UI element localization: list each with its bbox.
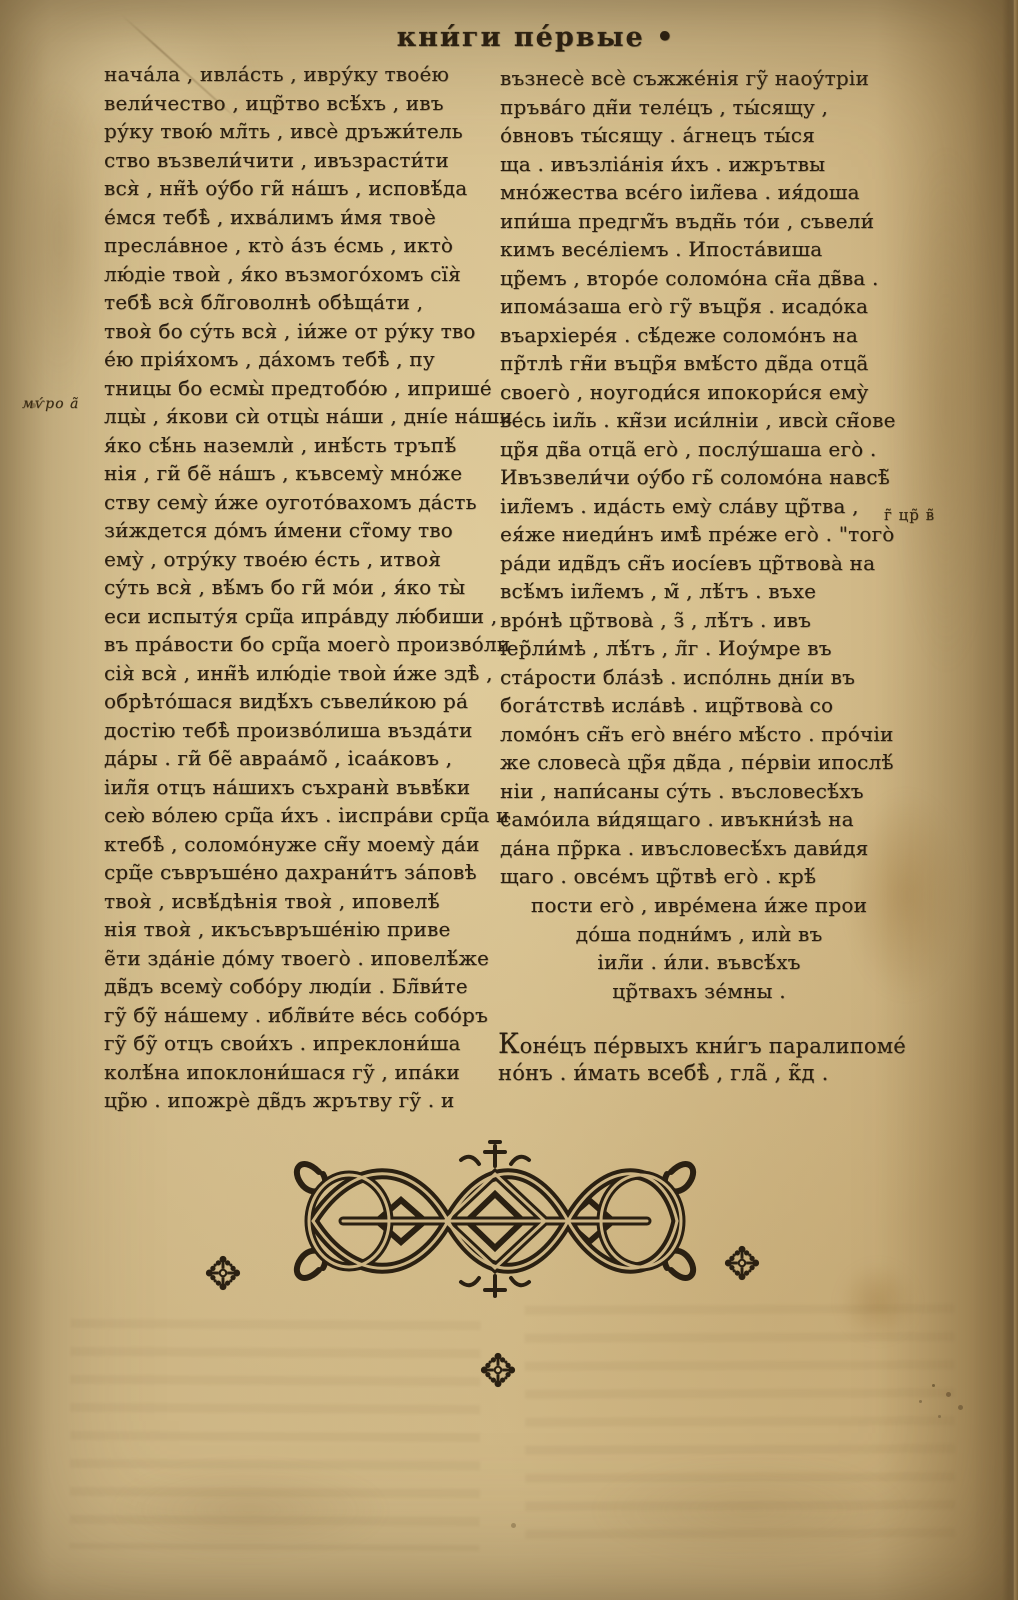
- text-line: дв̃дъ всему̀ собо́ру люді́и . Бл̃ви́те: [104, 972, 496, 1001]
- text-line: пр̃тлѣ гн̃и въцр̃я вмѣ́сто дв̃да отца̃: [500, 349, 898, 378]
- text-line: бога́тствѣ исла́вѣ . ицр̃твова̀ со: [500, 691, 898, 720]
- text-line: да́ры . ги̃ бе̃ авраа́мо̃ , ісаа́ковъ ,: [104, 744, 496, 773]
- text-line: до́ша подни́мъ , илѝ въ: [500, 920, 898, 949]
- text-line: въархіере́я . сѣ́деже соломо́нъ на: [500, 321, 898, 350]
- text-line: да́на пр̃рка . ивъсловесѣ́хъ дави́дя: [500, 834, 898, 863]
- text-line: о́вновъ ты́сящу . а́гнецъ ты́ся: [500, 121, 898, 150]
- running-title: кни́ги пе́рвые •: [397, 22, 676, 53]
- text-column-right: възнесѐ всѐ съжже́нія гу̃ наоу́тріипръва…: [500, 64, 898, 891]
- text-line: вро́нѣ цр̃твова̀ , з̃ , лѣ́тъ . ивъ: [500, 606, 898, 635]
- text-line: зи́ждется до́мъ и́мени ст̃ому тво: [104, 516, 496, 545]
- text-line: ипи́ша предгм̃ъ въдн̃ь то́и , съвели́: [500, 207, 898, 236]
- text-line: въ пра́вости бо срц̃а моего̀ произво́ли: [104, 630, 496, 659]
- text-column-right-taper: пости его̀ , ивре́мена и́же проидо́ша по…: [500, 891, 898, 1005]
- text-line: ве́сь іил̃ь . кн̃зи иси́лніи , ивсѝ сн̃о…: [500, 406, 898, 435]
- text-line: тницы бо есмы̀ предтобо́ю , иприше́: [104, 374, 496, 403]
- text-line: вели́чество , ицр̃тво всѣ́хъ , ивъ: [104, 89, 496, 118]
- text-line: ща . ивъзліа́нія и́хъ . ижрътвы: [500, 150, 898, 179]
- text-line: ству сему̀ и́же оугото́вахомъ да́сть: [104, 488, 496, 517]
- text-line: су́ть вся̀ , вѣ́мъ бо ги̃ мо́и , я́ко ты…: [104, 573, 496, 602]
- text-line: твоя̀ бо су́ть вся̀ , іи́же от ру́ку тво: [104, 317, 496, 346]
- fleuron-rosette-icon: [721, 1242, 763, 1284]
- text-line: ра́ди идв̃дъ сн̃ъ иосі́евъ цр̃твова̀ на: [500, 549, 898, 578]
- page-edge-shadow: [1002, 0, 1018, 1600]
- ink-speckles: [932, 1384, 935, 1387]
- text-line: срц̃е съвръше́но дахрани́тъ за́повѣ: [104, 858, 496, 887]
- text-line: нача́ла , ивла́сть , ивру́ку твое́ю: [104, 60, 496, 89]
- margin-note-left: мѵ́ро а̃: [22, 396, 79, 412]
- text-line: іер̃ли́мѣ , лѣ́тъ , л̃г . Иоу́мре въ: [500, 634, 898, 663]
- text-line: сею̀ во́лею срц̃а и́хъ . іиспра́ви срц̃а…: [104, 801, 496, 830]
- text-line: е̃ти зда́ніе до́му твоего̀ . иповелѣ́же: [104, 944, 496, 973]
- text-line: нія , ги̃ бе̃ на́шъ , къвсему̀ мно́же: [104, 459, 496, 488]
- text-line: лю́діе твоѝ , я́ко възмого́хомъ сїя̀: [104, 260, 496, 289]
- text-line: колѣ́на ипоклони́шася гу̃ , ипа́ки: [104, 1058, 496, 1087]
- text-line: гу̃ бу̃ на́шему . ибл̃ви́те ве́сь собо́р…: [104, 1001, 496, 1030]
- text-line: е́мся тебѣ̀ , ихва́лимъ и́мя твоѐ: [104, 203, 496, 232]
- text-line: всѣ́мъ іил̃емъ , м̃ , лѣ́тъ . въхе: [500, 577, 898, 606]
- text-line: ипома́заша его̀ гу̃ въцр̃я . исадо́ка: [500, 292, 898, 321]
- text-line: своего̀ , ноугоди́ся ипокори́ся ему̀: [500, 378, 898, 407]
- text-line: цр̃твахъ зе́мны .: [500, 977, 898, 1006]
- text-line: обрѣто́шася видѣ́хъ съвели́кою ра́: [104, 687, 496, 716]
- text-line: възнесѐ всѐ съжже́нія гу̃ наоу́тріи: [500, 64, 898, 93]
- text-line: ство възвели́чити , ивъзрасти́ти: [104, 146, 496, 175]
- paper-stain: [838, 1262, 918, 1342]
- text-line: ру́ку твою́ мл̃ть , ивсѐ дръжи́тель: [104, 117, 496, 146]
- text-line: щаго . овсе́мъ цр̃твѣ его̀ . крѣ́: [500, 862, 898, 891]
- text-line: іил̃я отцъ на́шихъ съхранѝ въвѣ́ки: [104, 773, 496, 802]
- text-column-left: нача́ла , ивла́сть , ивру́ку твое́ювели́…: [104, 60, 496, 1115]
- text-line: ніи , напи́саны су́ть . въсловесѣ́хъ: [500, 777, 898, 806]
- text-line: іил̃емъ . ида́сть ему̀ сла́ву цр̃тва ,: [500, 492, 898, 521]
- text-line: само́ила ви́дящаго . ивъкни́зѣ на: [500, 805, 898, 834]
- text-line: цр̃емъ , второ́е соломо́на сн̃а дв̃ва .: [500, 264, 898, 293]
- text-line: твоя̀ , исвѣ́дѣнія твоя̀ , иповелѣ́: [104, 887, 496, 916]
- text-line: тебѣ̀ вся̀ бл̃говолнѣ обѣща́ти ,: [104, 288, 496, 317]
- text-line: я́ко сѣ́нь наземлѝ , инѣ́сть тръпѣ́: [104, 431, 496, 460]
- paper-stain: [896, 150, 996, 670]
- text-line: ея́же ниеди́нъ имѣ̀ пре́же его̀ . "того̀: [500, 520, 898, 549]
- ink-bleedthrough: [525, 1304, 956, 1555]
- text-line: е́ю прія́хомъ , да́хомъ тебѣ̀ , пу: [104, 345, 496, 374]
- text-line: сія̀ вся̀ , инн̃ѣ илю́діе твоѝ и́же здѣ̀…: [104, 659, 496, 688]
- text-line: но́нъ . и́мать всебѣ̀ , гла̃ , к̃д .: [498, 1059, 918, 1088]
- text-line: ломо́нъ сн̃ъ его̀ вне́го мѣ́сто . про́чі…: [500, 720, 898, 749]
- text-line: гу̃ бу̃ отцъ свои́хъ . ипреклони́ша: [104, 1029, 496, 1058]
- ink-bleedthrough: [69, 1319, 480, 1551]
- text-line: пръва́го дн̃и теле́цъ , ты́сящу ,: [500, 93, 898, 122]
- text-line: пресла́вное , кто̀ а́зъ е́смь , икто̀: [104, 231, 496, 260]
- text-line: ста́рости бла́зѣ . испо́лнь дні́и въ: [500, 663, 898, 692]
- text-line: Ивъзвели́чи оу́бо гь̃ соломо́на навсѣ̃: [500, 463, 898, 492]
- text-line: еси испыту́я срц̃а ипра́вду лю́биши ,: [104, 602, 496, 631]
- paper-stain: [590, 1455, 910, 1565]
- fleuron-rosette-icon: [477, 1349, 519, 1391]
- text-line: кимъ весе́ліемъ . Ипоста́виша: [500, 235, 898, 264]
- fleuron-rosette-icon: [202, 1252, 244, 1294]
- paper-stain: [110, 1460, 390, 1560]
- text-line: достію тебѣ̀ произво́лиша възда́ти: [104, 716, 496, 745]
- paper-stain: [14, 80, 104, 400]
- text-line: же словеса̀ цр̃я дв̃да , пе́рвіи ипослѣ́: [500, 748, 898, 777]
- text-line: мно́жества все́го іил̃ева . ия́доша: [500, 178, 898, 207]
- text-line: пости его̀ , ивре́мена и́же прои: [500, 891, 898, 920]
- text-line: ему̀ , отру́ку твое́ю е́сть , итвоя̀: [104, 545, 496, 574]
- text-line: Коне́цъ пе́рвыхъ кни́гъ паралипоме́: [498, 1030, 918, 1059]
- text-line: цр̃я дв̃а отца̃ его̀ , послу́шаша его̀ .: [500, 435, 898, 464]
- colophon: Коне́цъ пе́рвыхъ кни́гъ паралипоме́но́нъ…: [498, 1030, 918, 1087]
- text-line: іил̃и . и́ли. въвсѣ́хъ: [500, 948, 898, 977]
- text-line: вся̀ , нн̃ѣ оу́бо ги̃ на́шъ , исповѣ́да: [104, 174, 496, 203]
- text-line: нія твоя̀ , икъсъвръше́нію приве: [104, 915, 496, 944]
- text-line: цр̃ю . ипожрѐ дв̃дъ жрътву гу̃ . и: [104, 1086, 496, 1115]
- text-line: ктебѣ̀ , соломо́нуже сн̃у моему̀ да́и: [104, 830, 496, 859]
- tailpiece-interlace-ornament-icon: [283, 1138, 707, 1304]
- text-line: лцы̀ , я́кови сѝ отцы̀ на́ши , дні́е на́…: [104, 402, 496, 431]
- book-page: кни́ги пе́рвые • мѵ́ро а̃ г̃ цр̃ в̃ нача…: [0, 0, 1018, 1600]
